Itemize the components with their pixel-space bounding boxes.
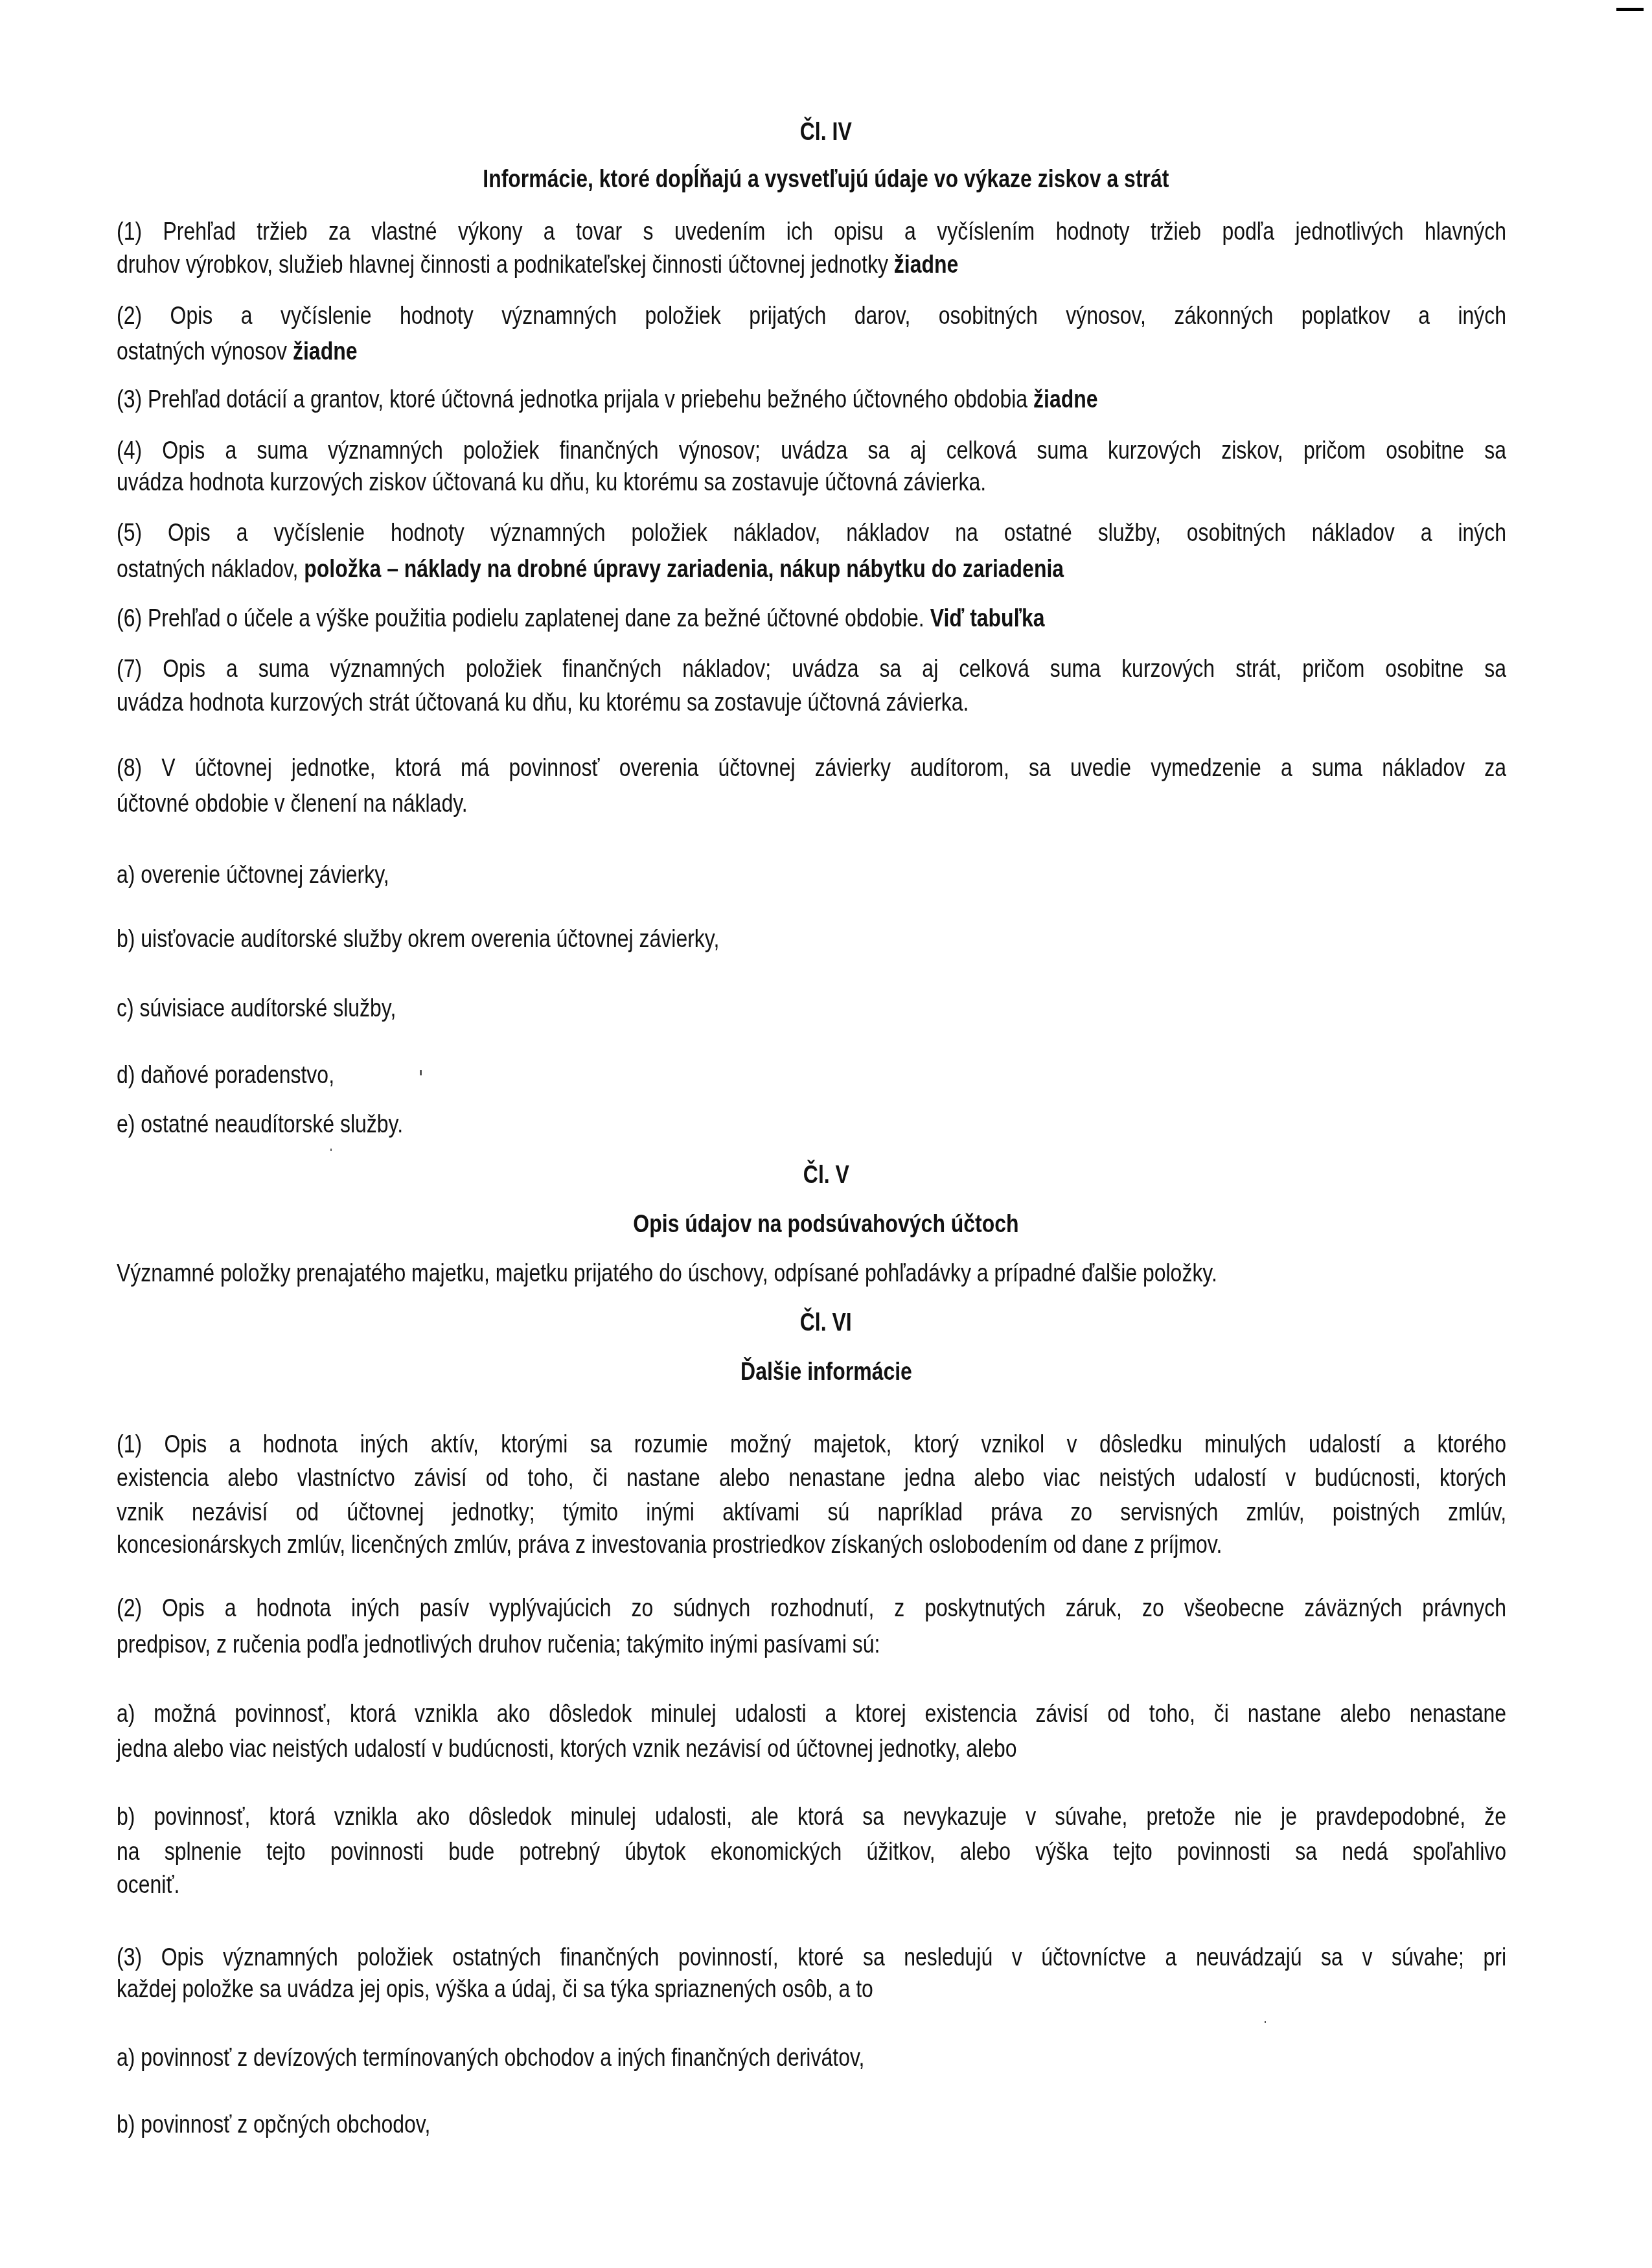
list-item-e: e) ostatné neaudítorské služby. — [117, 1109, 1506, 1140]
paragraph-vi-2-line-1: (2) Opis a hodnota iných pasív vyplývajú… — [117, 1593, 1506, 1624]
list-item-vi-b: b) povinnosť z opčných obchodov, — [117, 2109, 1506, 2140]
article-title-vi: Čl. VI — [0, 1307, 1652, 1338]
paragraph-iv-7-line-2: uvádza hodnota kurzových strát účtovaná … — [117, 687, 1506, 718]
paragraph-iv-1-line-2: druhov výrobkov, služieb hlavnej činnost… — [117, 249, 1506, 281]
paragraph-iv-5-line-1: (5) Opis a vyčíslenie hodnoty významných… — [117, 518, 1506, 549]
paragraph-iv-8-line-2: účtovné obdobie v členení na náklady. — [117, 788, 1506, 819]
paragraph-vi-2a-line-1: a) možná povinnosť, ktorá vznikla ako dô… — [117, 1699, 1506, 1730]
scan-speck — [330, 1149, 332, 1151]
text: (3) Prehľad dotácií a grantov, ktoré účt… — [117, 385, 1033, 413]
value-none: žiadne — [293, 338, 358, 365]
article-title-iv: Čl. IV — [0, 117, 1652, 148]
text: ostatných nákladov, — [117, 555, 304, 583]
see-table-note: Viď tabuľka — [930, 604, 1045, 632]
value-none: žiadne — [1033, 385, 1098, 413]
paragraph-vi-2a-line-2: jedna alebo viac neistých udalostí v bud… — [117, 1734, 1506, 1765]
paragraph-vi-2b-line-2: na splnenie tejto povinnosti bude potreb… — [117, 1837, 1506, 1868]
paragraph-iv-5-line-2: ostatných nákladov, položka – náklady na… — [117, 554, 1506, 585]
list-item-a: a) overenie účtovnej závierky, — [117, 860, 1506, 891]
paragraph-vi-3-line-2: každej položke sa uvádza jej opis, výška… — [117, 1974, 1506, 2005]
paragraph-vi-2b-line-1: b) povinnosť, ktorá vznikla ako dôsledok… — [117, 1802, 1506, 1833]
paragraph-iv-8-line-1: (8) V účtovnej jednotke, ktorá má povinn… — [117, 753, 1506, 784]
paragraph-iv-1-line-1: (1) Prehľad tržieb za vlastné výkony a t… — [117, 216, 1506, 247]
paragraph-vi-1-line-4: koncesionárskych zmlúv, licenčných zmlúv… — [117, 1529, 1506, 1561]
paragraph-iv-4-line-2: uvádza hodnota kurzových ziskov účtovaná… — [117, 467, 1506, 498]
list-item-vi-a: a) povinnosť z devízových termínovaných … — [117, 2043, 1506, 2074]
paragraph-iv-2-line-1: (2) Opis a vyčíslenie hodnoty významných… — [117, 301, 1506, 332]
paragraph-iv-7-line-1: (7) Opis a suma významných položiek fina… — [117, 654, 1506, 685]
scan-mark — [1616, 8, 1644, 11]
paragraph-vi-2-line-2: predpisov, z ručenia podľa jednotlivých … — [117, 1629, 1506, 1660]
paragraph-iv-6: (6) Prehľad o účele a výške použitia pod… — [117, 603, 1506, 634]
section-heading-vi: Ďalšie informácie — [0, 1357, 1652, 1388]
text: (6) Prehľad o účele a výške použitia pod… — [117, 604, 930, 632]
list-item-c: c) súvisiace audítorské služby, — [117, 993, 1506, 1024]
text: ostatných výnosov — [117, 338, 293, 365]
section-heading-v: Opis údajov na podsúvahových účtoch — [0, 1209, 1652, 1240]
paragraph-vi-2b-line-3: oceniť. — [117, 1870, 1506, 1901]
article-title-v: Čl. V — [0, 1160, 1652, 1191]
text: druhov výrobkov, služieb hlavnej činnost… — [117, 251, 894, 279]
list-item-b: b) uisťovacie audítorské služby okrem ov… — [117, 924, 1506, 955]
paragraph-iv-4-line-1: (4) Opis a suma významných položiek fina… — [117, 435, 1506, 466]
value-none: žiadne — [894, 251, 959, 279]
paragraph-vi-1-line-1: (1) Opis a hodnota iných aktív, ktorými … — [117, 1429, 1506, 1460]
document-page: Čl. IV Informácie, ktoré dopĺňajú a vysv… — [0, 0, 1652, 2268]
item-note: položka – náklady na drobné úpravy zaria… — [304, 555, 1064, 583]
scan-speck — [1265, 2021, 1266, 2023]
paragraph-vi-1-line-2: existencia alebo vlastníctvo závisí od t… — [117, 1463, 1506, 1494]
paragraph-iv-2-line-2: ostatných výnosov žiadne — [117, 336, 1506, 367]
list-item-d: d) daňové poradenstvo, — [117, 1060, 1506, 1091]
paragraph-v: Významné položky prenajatého majetku, ma… — [117, 1258, 1506, 1289]
paragraph-iv-3: (3) Prehľad dotácií a grantov, ktoré účt… — [117, 384, 1506, 415]
section-heading-iv: Informácie, ktoré dopĺňajú a vysvetľujú … — [0, 164, 1652, 195]
paragraph-vi-1-line-3: vznik nezávisí od účtovnej jednotky; tým… — [117, 1497, 1506, 1528]
scan-speck — [420, 1070, 422, 1075]
paragraph-vi-3-line-1: (3) Opis významných položiek ostatných f… — [117, 1942, 1506, 1973]
